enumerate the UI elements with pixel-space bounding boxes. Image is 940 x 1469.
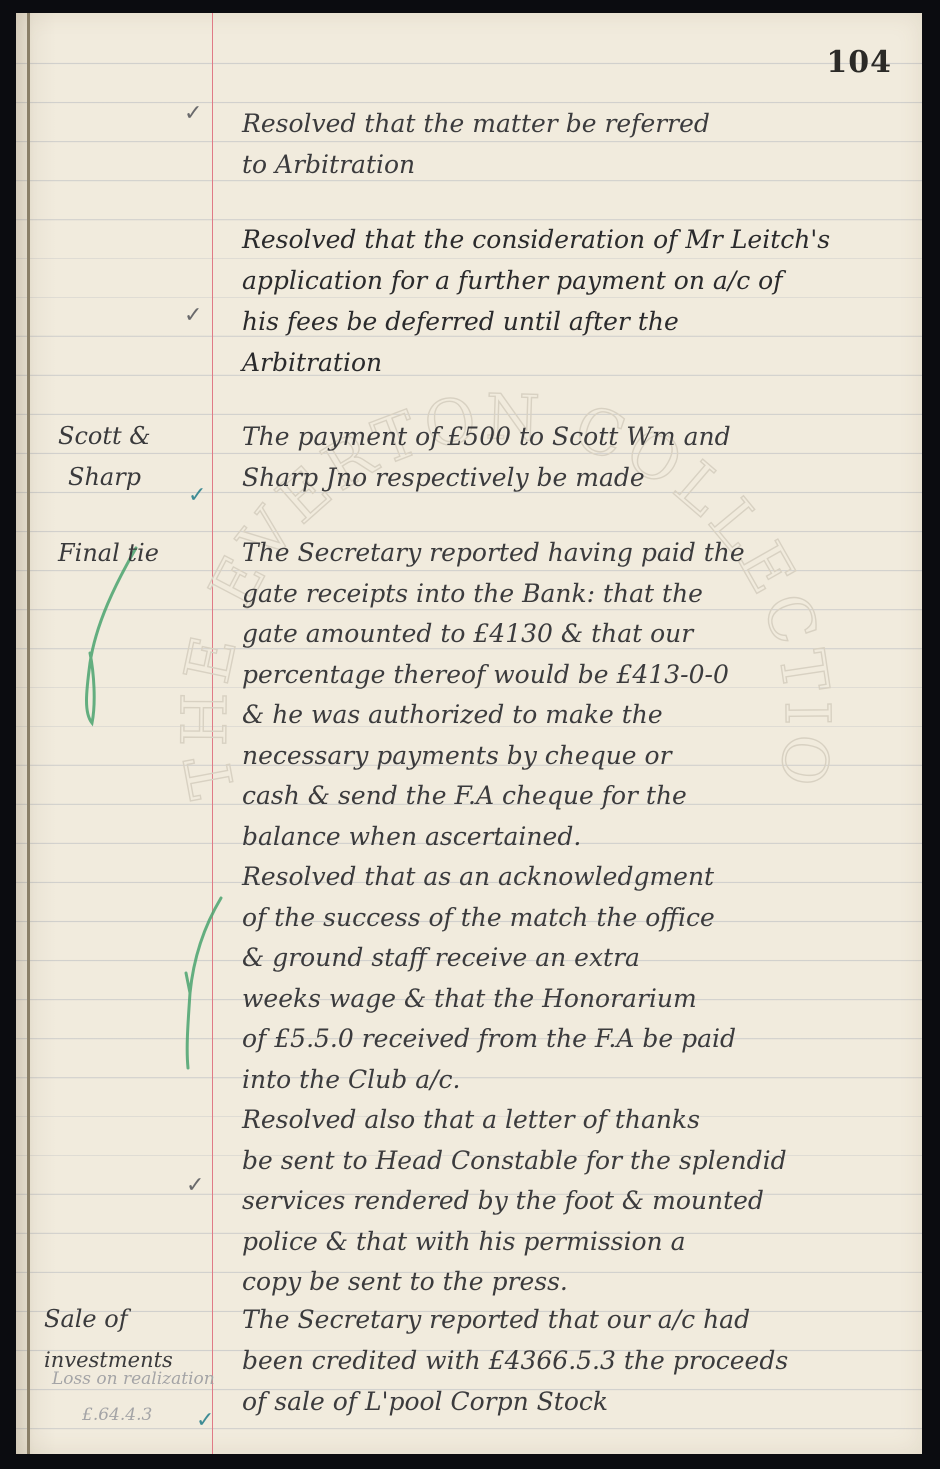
entry-line: Arbitration [242, 342, 922, 383]
entry-line: Resolved that the consideration of Mr Le… [242, 219, 922, 260]
entry-line: The Secretary reported that our a/c had [242, 1299, 922, 1340]
green-check-mark-lower [166, 893, 226, 1073]
entry-line: balance when ascertained. [242, 817, 922, 858]
red-margin-rule [212, 13, 213, 1454]
entry-line: The Secretary reported having paid the [242, 533, 922, 574]
entry-line: & he was authorized to make the [242, 695, 922, 736]
margin-line: Scott & [58, 416, 151, 457]
minute-entry-fees-deferred: Resolved that the consideration of Mr Le… [242, 219, 922, 383]
entry-line: Sharp Jno respectively be made [242, 457, 922, 498]
entry-line: gate amounted to £4130 & that our [242, 614, 922, 655]
entry-line: been credited with £4366.5.3 the proceed… [242, 1340, 922, 1381]
entry-line: of the success of the match the office [242, 898, 922, 939]
entry-line: his fees be deferred until after the [242, 301, 922, 342]
pencil-annotation-loss: Loss on realization £.64.4.3 [52, 1361, 215, 1433]
entry-line: gate receipts into the Bank: that the [242, 574, 922, 615]
tick-mark-icon: ✓ [184, 101, 202, 126]
page-number: 104 [826, 45, 892, 80]
minute-entry-payment: The payment of £500 to Scott Wm and Shar… [242, 416, 922, 498]
entry-line: copy be sent to the press. [242, 1262, 922, 1303]
entry-line: of sale of L'pool Corpn Stock [242, 1381, 922, 1422]
margin-line: Sharp [58, 457, 151, 498]
tick-mark-icon: ✓ [184, 303, 202, 328]
entry-line: to Arbitration [242, 144, 922, 185]
minute-entry-final-tie: The Secretary reported having paid the g… [242, 533, 922, 1303]
entry-line: cash & send the F.A cheque for the [242, 776, 922, 817]
page-spine [27, 13, 30, 1454]
entry-line: be sent to Head Constable for the splend… [242, 1141, 922, 1182]
margin-heading-final-tie: Final tie [58, 533, 159, 574]
entry-line: percentage thereof would be £413-0-0 [242, 655, 922, 696]
entry-line: into the Club a/c. [242, 1060, 922, 1101]
tick-mark-icon: ✓ [186, 1173, 204, 1198]
entry-line: & ground staff receive an extra [242, 938, 922, 979]
pencil-line: Loss on realization [52, 1361, 215, 1397]
minute-entry-arbitration: Resolved that the matter be referred to … [242, 103, 922, 185]
margin-line: Final tie [58, 533, 159, 574]
entry-line: weeks wage & that the Honorarium [242, 979, 922, 1020]
entry-line: services rendered by the foot & mounted [242, 1181, 922, 1222]
entry-line: application for a further payment on a/c… [242, 260, 922, 301]
entry-line: police & that with his permission a [242, 1222, 922, 1263]
margin-heading-scott-sharp: Scott & Sharp [58, 416, 151, 498]
tick-mark-icon: ✓ [188, 483, 206, 508]
entry-line: Resolved that the matter be referred [242, 103, 922, 144]
entry-line: of £5.5.0 received from the F.A be paid [242, 1019, 922, 1060]
minute-entry-sale-investments: The Secretary reported that our a/c had … [242, 1299, 922, 1422]
entry-line: necessary payments by cheque or [242, 736, 922, 777]
entry-line: The payment of £500 to Scott Wm and [242, 416, 922, 457]
pencil-line: £.64.4.3 [52, 1397, 215, 1433]
entry-line: Resolved that as an acknowledgment [242, 857, 922, 898]
entry-line: Resolved also that a letter of thanks [242, 1100, 922, 1141]
ledger-page: THE EVERTON COLLECTION CHARITABLE TRUST … [16, 13, 922, 1454]
margin-line: Sale of [44, 1299, 173, 1340]
